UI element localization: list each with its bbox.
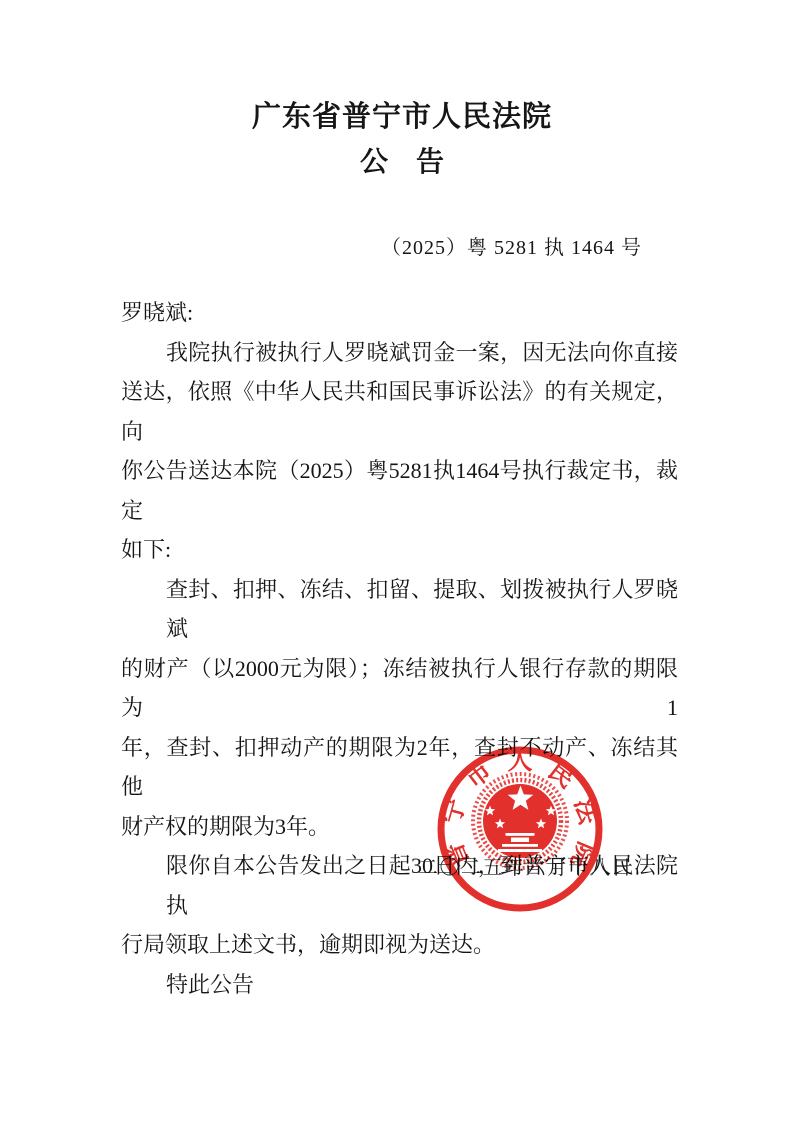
body-line: 行局领取上述文书，逾期即视为送达。	[121, 925, 678, 965]
court-notice-page: 广东省普宁市人民法院 公 告 （2025）粤 5281 执 1464 号 罗晓斌…	[0, 0, 793, 1122]
page-title: 广东省普宁市人民法院	[12, 94, 792, 135]
body-line: 你公告送达本院（2025）粤5281执1464号执行裁定书，裁定	[121, 451, 678, 530]
body-line: 特此公告	[121, 965, 678, 1005]
notice-heading: 公 告	[12, 140, 792, 180]
official-seal: 普宁市人民法院	[436, 745, 604, 913]
body-line: 查封、扣押、冻结、扣留、提取、划拨被执行人罗晓斌	[121, 570, 678, 649]
svg-text:民: 民	[543, 756, 580, 793]
case-number: （2025）粤 5281 执 1464 号	[381, 231, 642, 260]
body-line: 送达，依照《中华人民共和国民事诉讼法》的有关规定，向	[121, 372, 678, 451]
body-line: 我院执行被执行人罗晓斌罚金一案，因无法向你直接	[121, 333, 678, 373]
body-line: 如下:	[121, 530, 678, 570]
body-line: 罗晓斌:	[121, 293, 678, 333]
svg-text:人: 人	[507, 747, 532, 775]
svg-text:市: 市	[460, 756, 497, 793]
body-line: 的财产（以2000元为限）；冻结被执行人银行存款的期限为1	[121, 649, 678, 728]
